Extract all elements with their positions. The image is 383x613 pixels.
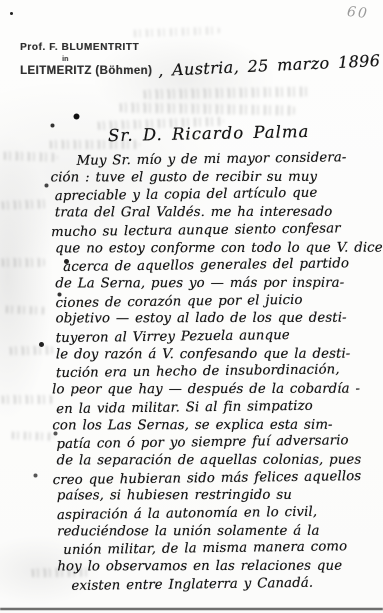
letter-line: lo peor que hay — después de la cobardía… [52, 381, 378, 400]
scanned-letter-page: 60 Prof. F. BLUMENTRITT in LEITMERITZ (B… [0, 0, 383, 613]
letter-line: en la vida militar. Si al fin simpatizo [52, 397, 378, 419]
bleed-through-smudge [0, 395, 54, 404]
letter-line: de la separación de aquellas colonias, p… [53, 452, 379, 471]
letter-line: mucho su lectura aunque siento confesar [51, 220, 377, 242]
page-number: 60 [346, 4, 369, 22]
letter-line: tuyeron al Virrey Pezuela aunque [52, 326, 378, 348]
ink-speck [10, 12, 13, 15]
letterhead-preposition: in [62, 56, 152, 63]
letterhead-place: LEITMERITZ (Böhmen) [20, 65, 152, 77]
bleed-through-smudge [132, 26, 220, 37]
letter-line: Muy Sr. mío y de mi mayor considera- [50, 149, 376, 171]
bleed-through-smudge [8, 346, 54, 356]
letter-line: de La Serna, pues yo — más por inspira- [51, 274, 377, 293]
bleed-through-smudge [4, 305, 46, 314]
letter-line: aspiración á la autonomía en lo civil, [53, 503, 379, 525]
bleed-through-smudge [0, 199, 50, 210]
bleed-through-smudge [0, 258, 46, 267]
bleed-through-smudge [142, 87, 310, 100]
bleed-through-smudge [10, 431, 54, 441]
letter-body: Muy Sr. mío y de mi mayor considera-ción… [50, 150, 379, 595]
bottom-scan-line [0, 608, 383, 610]
letter-line: trata del Gral Valdés. me ha interesado [51, 204, 377, 223]
date-line: , Austria, 25 marzo 1896 [158, 51, 381, 80]
salutation: Sr. D. Ricardo Palma [108, 122, 310, 145]
bleed-through-smudge [118, 102, 296, 115]
letterhead-name: Prof. F. BLUMENTRITT [20, 42, 152, 53]
letter-line: existen entre Inglaterra y Canadá. [53, 574, 379, 596]
letterhead: Prof. F. BLUMENTRITT in LEITMERITZ (Böhm… [20, 42, 152, 77]
